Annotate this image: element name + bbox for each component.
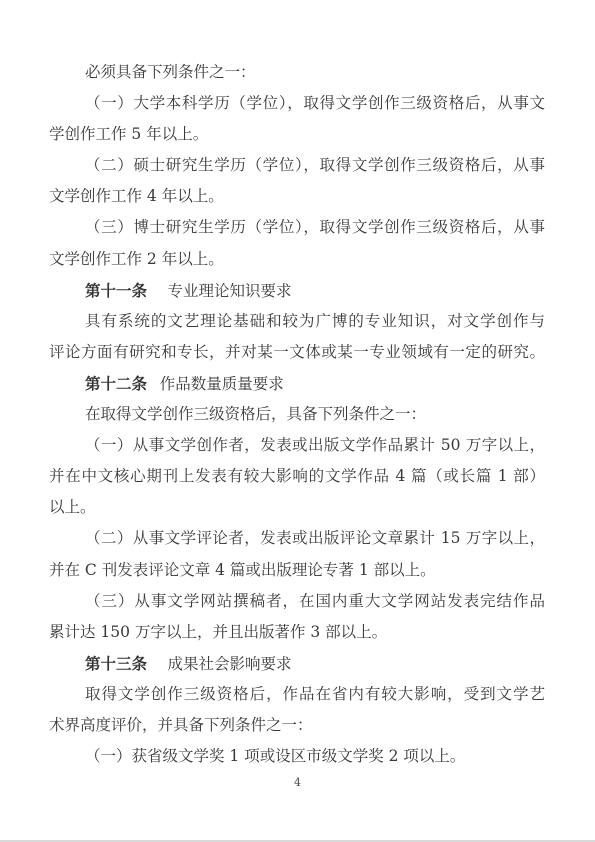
article-number: 第十一条 <box>85 281 147 300</box>
doc-line: 取得文学创作三级资格后，作品在省内有较大影响，受到文学艺 <box>49 679 545 710</box>
article-heading: 第十三条 成果社会影响要求 <box>49 648 545 679</box>
doc-line: 评论方面有研究和专长，并对某一文体或某一专业领域有一定的研究。 <box>49 337 545 368</box>
doc-line: （一）从事文学创作者，发表或出版文学作品累计 50 万字以上， <box>49 430 545 461</box>
doc-line: （二）从事文学评论者，发表或出版评论文章累计 15 万字以上， <box>49 523 545 554</box>
document-body: 必须具备下列条件之一： （一）大学本科学历（学位），取得文学创作三级资格后，从事… <box>49 57 545 772</box>
doc-line: （一）获省级文学奖 1 项或设区市级文学奖 2 项以上。 <box>49 741 545 772</box>
page-number: 4 <box>0 776 595 789</box>
article-number: 第十三条 <box>85 654 147 673</box>
doc-line: （一）大学本科学历（学位），取得文学创作三级资格后，从事文 <box>49 88 545 119</box>
article-heading: 第十一条 专业理论知识要求 <box>49 275 545 306</box>
article-title: 作品数量质量要求 <box>160 375 284 393</box>
doc-line: 文学创作工作 4 年以上。 <box>49 181 545 212</box>
doc-line: （三）从事文学网站撰稿者，在国内重大文学网站发表完结作品 <box>49 586 545 617</box>
doc-line: 在取得文学创作三级资格后，具备下列条件之一： <box>49 399 545 430</box>
doc-line: 必须具备下列条件之一： <box>49 57 545 88</box>
doc-line: 文学创作工作 2 年以上。 <box>49 244 545 275</box>
article-heading: 第十二条 作品数量质量要求 <box>49 368 545 399</box>
article-title: 专业理论知识要求 <box>167 282 291 300</box>
doc-line: 累计达 150 万字以上，并且出版著作 3 部以上。 <box>49 617 545 648</box>
doc-line: （二）硕士研究生学历（学位），取得文学创作三级资格后，从事 <box>49 150 545 181</box>
doc-line: 术界高度评价，并具备下列条件之一： <box>49 710 545 741</box>
doc-line: 以上。 <box>49 492 545 523</box>
doc-line: 并在中文核心期刊上发表有较大影响的文学作品 4 篇（或长篇 1 部） <box>49 461 545 492</box>
doc-line: 学创作工作 5 年以上。 <box>49 119 545 150</box>
document-page: 必须具备下列条件之一： （一）大学本科学历（学位），取得文学创作三级资格后，从事… <box>0 0 595 842</box>
article-title: 成果社会影响要求 <box>167 655 291 673</box>
doc-line: 具有系统的文艺理论基础和较为广博的专业知识，对文学创作与 <box>49 306 545 337</box>
article-number: 第十二条 <box>85 374 147 393</box>
doc-line: （三）博士研究生学历（学位），取得文学创作三级资格后，从事 <box>49 212 545 243</box>
doc-line: 并在 C 刊发表评论文章 4 篇或出版理论专著 1 部以上。 <box>49 555 545 586</box>
